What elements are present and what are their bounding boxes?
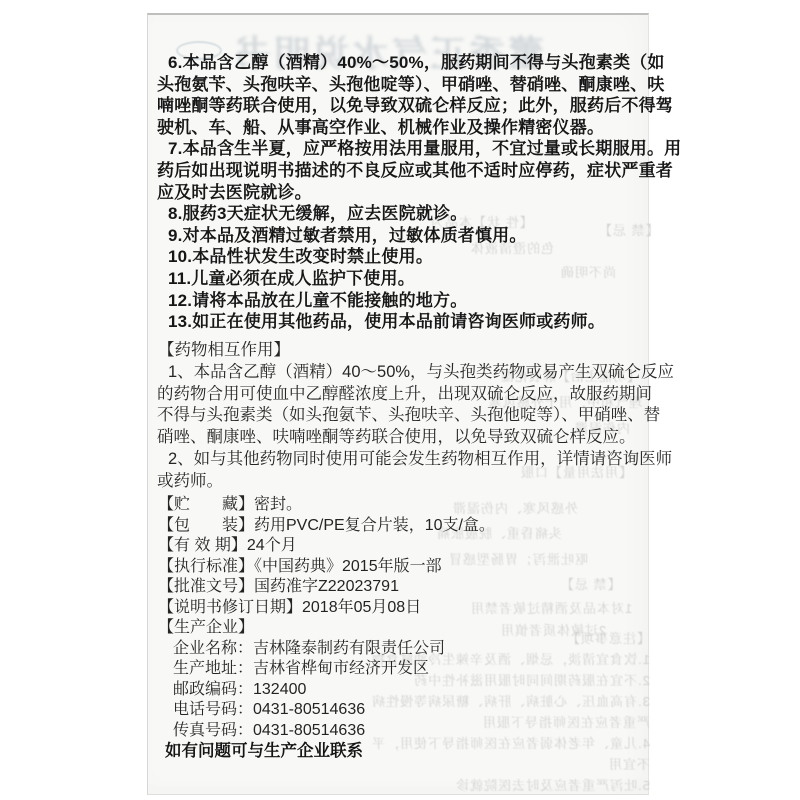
bleedthrough-text: 5.吐泻严重者应及时去医院就诊	[330, 775, 650, 796]
drug-interactions-heading: 【药物相互作用】	[150, 340, 640, 362]
precaution-line: 9.对本品及酒精过敏者禁用，过敏体质者慎用。	[150, 225, 640, 247]
info-line: 【有 效 期】24个月	[150, 536, 640, 557]
insert-text-column: 6.本品含乙醇（酒精）40%～50%，服药期间不得与头孢素类（如头孢氨苄、头孢呋…	[150, 52, 640, 761]
info-line: 【包 装】药用PVC/PE复合片装，10支/盒。	[150, 516, 640, 537]
precaution-line: 11.儿童必须在成人监护下使用。	[150, 268, 640, 290]
interaction-line: 硝唑、酮康唑、呋喃唑酮等药联合使用，以免导致双硫仑样反应。	[150, 427, 640, 449]
interaction-line: 2、如与其他药物同时使用可能会发生药物相互作用，详情请咨询医师	[150, 449, 640, 471]
precaution-line: 13.如正在使用其他药品，使用本品前请咨询医师或药师。	[150, 311, 640, 333]
precaution-line: 驶机、车、船、从事高空作业、机械作业及操作精密仪器。	[150, 117, 640, 139]
info-line: 邮政编码：132400	[150, 680, 640, 701]
info-line: 电话号码：0431-80514636	[150, 700, 640, 721]
interaction-line: 1、本品含乙醇（酒精）40～50%，与头孢类药物或易产生双硫仑反应	[150, 362, 640, 384]
info-line: 【批准文号】国药准字Z22023791	[150, 577, 640, 598]
info-line: 【执行标准】《中国药典》2015年版一部	[150, 557, 640, 578]
precaution-line: 7.本品含生半夏，应严格按用法用量服用，不宜过量或长期服用。用	[150, 138, 640, 160]
precautions-section: 6.本品含乙醇（酒精）40%～50%，服药期间不得与头孢素类（如头孢氨苄、头孢呋…	[150, 52, 640, 333]
interaction-line: 不得与头孢素类（如头孢氨苄、头孢呋辛、头孢他啶等）、甲硝唑、替	[150, 405, 640, 427]
product-info-section: 【贮 藏】密封。【包 装】药用PVC/PE复合片装，10支/盒。【有 效 期】2…	[150, 495, 640, 741]
precaution-line: 10.本品性状发生改变时禁止使用。	[150, 246, 640, 268]
info-line: 【贮 藏】密封。	[150, 495, 640, 516]
precaution-line: 头孢氨苄、头孢呋辛、头孢他啶等）、甲硝唑、替硝唑、酮康唑、呋	[150, 74, 640, 96]
precaution-line: 8.服药3天症状无缓解，应去医院就诊。	[150, 203, 640, 225]
interaction-line: 的药物合用可使血中乙醇醛浓度上升，出现双硫仑反应，故服药期间	[150, 384, 640, 406]
info-line: 【说明书修订日期】2018年05月08日	[150, 598, 640, 619]
contact-manufacturer-note: 如有问题可与生产企业联系	[150, 737, 640, 761]
drug-interactions-lines: 1、本品含乙醇（酒精）40～50%，与头孢类药物或易产生双硫仑反应的药物合用可使…	[150, 362, 640, 493]
precaution-line: 药后如出现说明书描述的不良反应或其他不适时应停药，症状严重者	[150, 160, 640, 182]
info-line: 企业名称：吉林隆泰制药有限责任公司	[150, 639, 640, 660]
precaution-line: 12.请将本品放在儿童不能接触的地方。	[150, 290, 640, 312]
precaution-line: 喃唑酮等药联合使用，以免导致双硫仑样反应；此外，服药后不得驾	[150, 95, 640, 117]
precaution-line: 应及时去医院就诊。	[150, 182, 640, 204]
interaction-line: 或药师。	[150, 471, 640, 493]
package-insert-photo: { "document": { "type": "drug-package-in…	[0, 0, 800, 800]
info-line: 【生产企业】	[150, 618, 640, 639]
drug-interactions-section: 【药物相互作用】 1、本品含乙醇（酒精）40～50%，与头孢类药物或易产生双硫仑…	[150, 340, 640, 493]
precaution-line: 6.本品含乙醇（酒精）40%～50%，服药期间不得与头孢素类（如	[150, 52, 640, 74]
info-line: 生产地址：吉林省桦甸市经济开发区	[150, 659, 640, 680]
